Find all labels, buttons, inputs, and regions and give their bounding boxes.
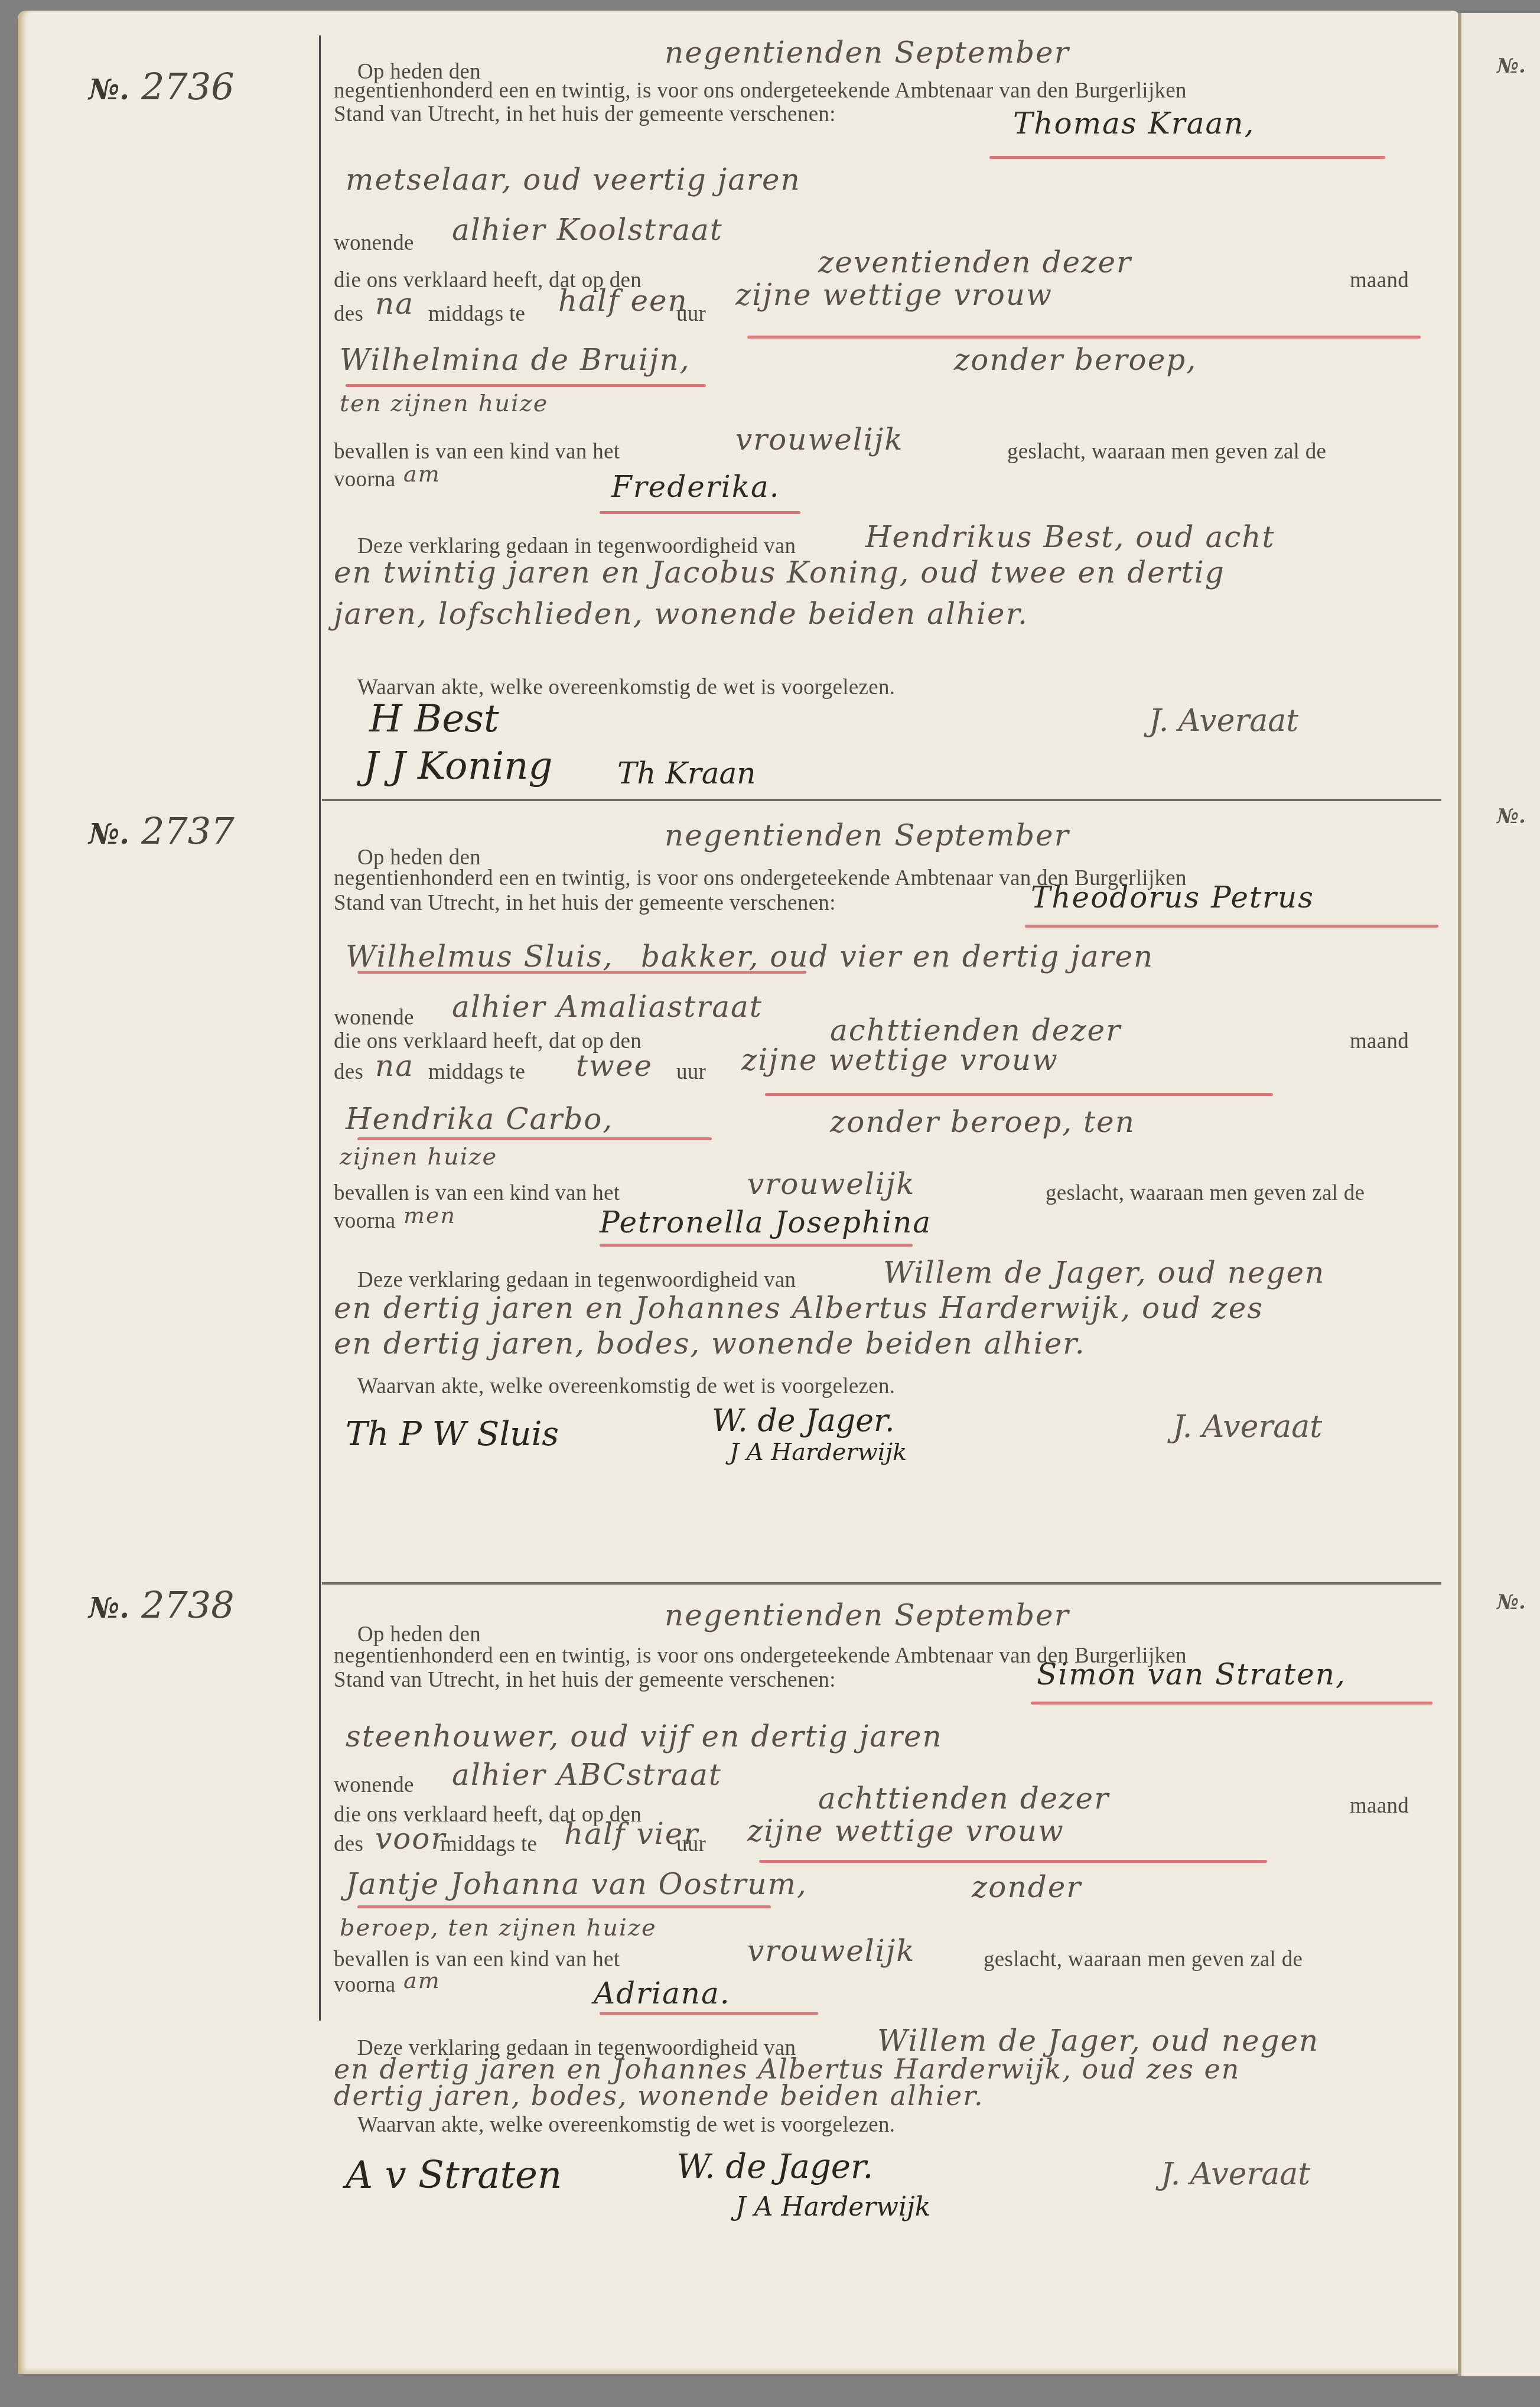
- witness-signature: H Best: [369, 697, 499, 741]
- witnesses: Hendrikus Best, oud acht: [865, 520, 1275, 554]
- right-page-number-label: №.: [1497, 54, 1526, 78]
- entry-number: №.2737: [89, 809, 235, 853]
- entry-number: №.2736: [89, 65, 235, 108]
- declarant-signature: Th P W Sluis: [346, 1415, 559, 1453]
- facing-page: №. №. №.: [1458, 13, 1540, 2376]
- residence: alhier ABCstraat: [452, 1758, 722, 1792]
- birth-day: zeventienden dezer: [818, 245, 1132, 279]
- mother-name: Jantje Johanna van Oostrum,: [346, 1867, 808, 1901]
- declarant-signature: Th Kraan: [617, 756, 756, 791]
- mother-name: Wilhelmina de Bruijn,: [340, 343, 691, 377]
- sex: vrouwelijk: [747, 1934, 916, 1968]
- declarant-signature: A v Straten: [346, 2154, 562, 2197]
- official-signature: J. Averaat: [1149, 703, 1298, 739]
- witness-signature: J A Harderwijk: [735, 2192, 930, 2222]
- date: negentienden September: [665, 818, 1070, 853]
- residence: alhier Amaliastraat: [452, 990, 763, 1024]
- entry-number: №.2738: [89, 1583, 235, 1627]
- declarant: Theodorus Petrus: [1031, 880, 1314, 915]
- residence: alhier Koolstraat: [452, 213, 723, 247]
- witnesses: Willem de Jager, oud negen: [883, 1255, 1325, 1290]
- child-name: Frederika.: [611, 470, 780, 504]
- sex: vrouwelijk: [747, 1167, 916, 1201]
- declarant-name-cont: Wilhelmus Sluis,: [346, 939, 613, 974]
- child-name: Adriana.: [594, 1976, 731, 2011]
- sex: vrouwelijk: [735, 422, 904, 457]
- margin-rule: [319, 35, 321, 2021]
- child-name: Petronella Josephina: [600, 1205, 932, 1240]
- date: negentienden September: [665, 1598, 1070, 1632]
- official-signature: J. Averaat: [1173, 1409, 1322, 1445]
- entry-divider: [322, 1582, 1441, 1585]
- witness-signature: J A Harderwijk: [730, 1439, 907, 1466]
- official-signature: J. Averaat: [1161, 2156, 1310, 2192]
- mother-name: Hendrika Carbo,: [346, 1102, 613, 1136]
- witness-signature: W. de Jager.: [712, 1403, 895, 1439]
- entry-divider: [322, 799, 1441, 801]
- declarant: Thomas Kraan,: [1013, 106, 1255, 141]
- right-page-number-label: №.: [1497, 805, 1526, 828]
- right-page-number-label: №.: [1497, 1590, 1526, 1614]
- birth-day: achttienden dezer: [818, 1781, 1109, 1816]
- witness-signature: W. de Jager.: [676, 2148, 873, 2186]
- occupation-age: metselaar, oud veertig jaren: [346, 162, 801, 197]
- witness-signature: J J Koning: [363, 744, 553, 788]
- declarant: Simon van Straten,: [1037, 1657, 1346, 1692]
- occupation-age: bakker, oud vier en dertig jaren: [641, 939, 1154, 974]
- occupation-age: steenhouwer, oud vijf en dertig jaren: [346, 1719, 943, 1754]
- date: negentienden September: [665, 35, 1070, 70]
